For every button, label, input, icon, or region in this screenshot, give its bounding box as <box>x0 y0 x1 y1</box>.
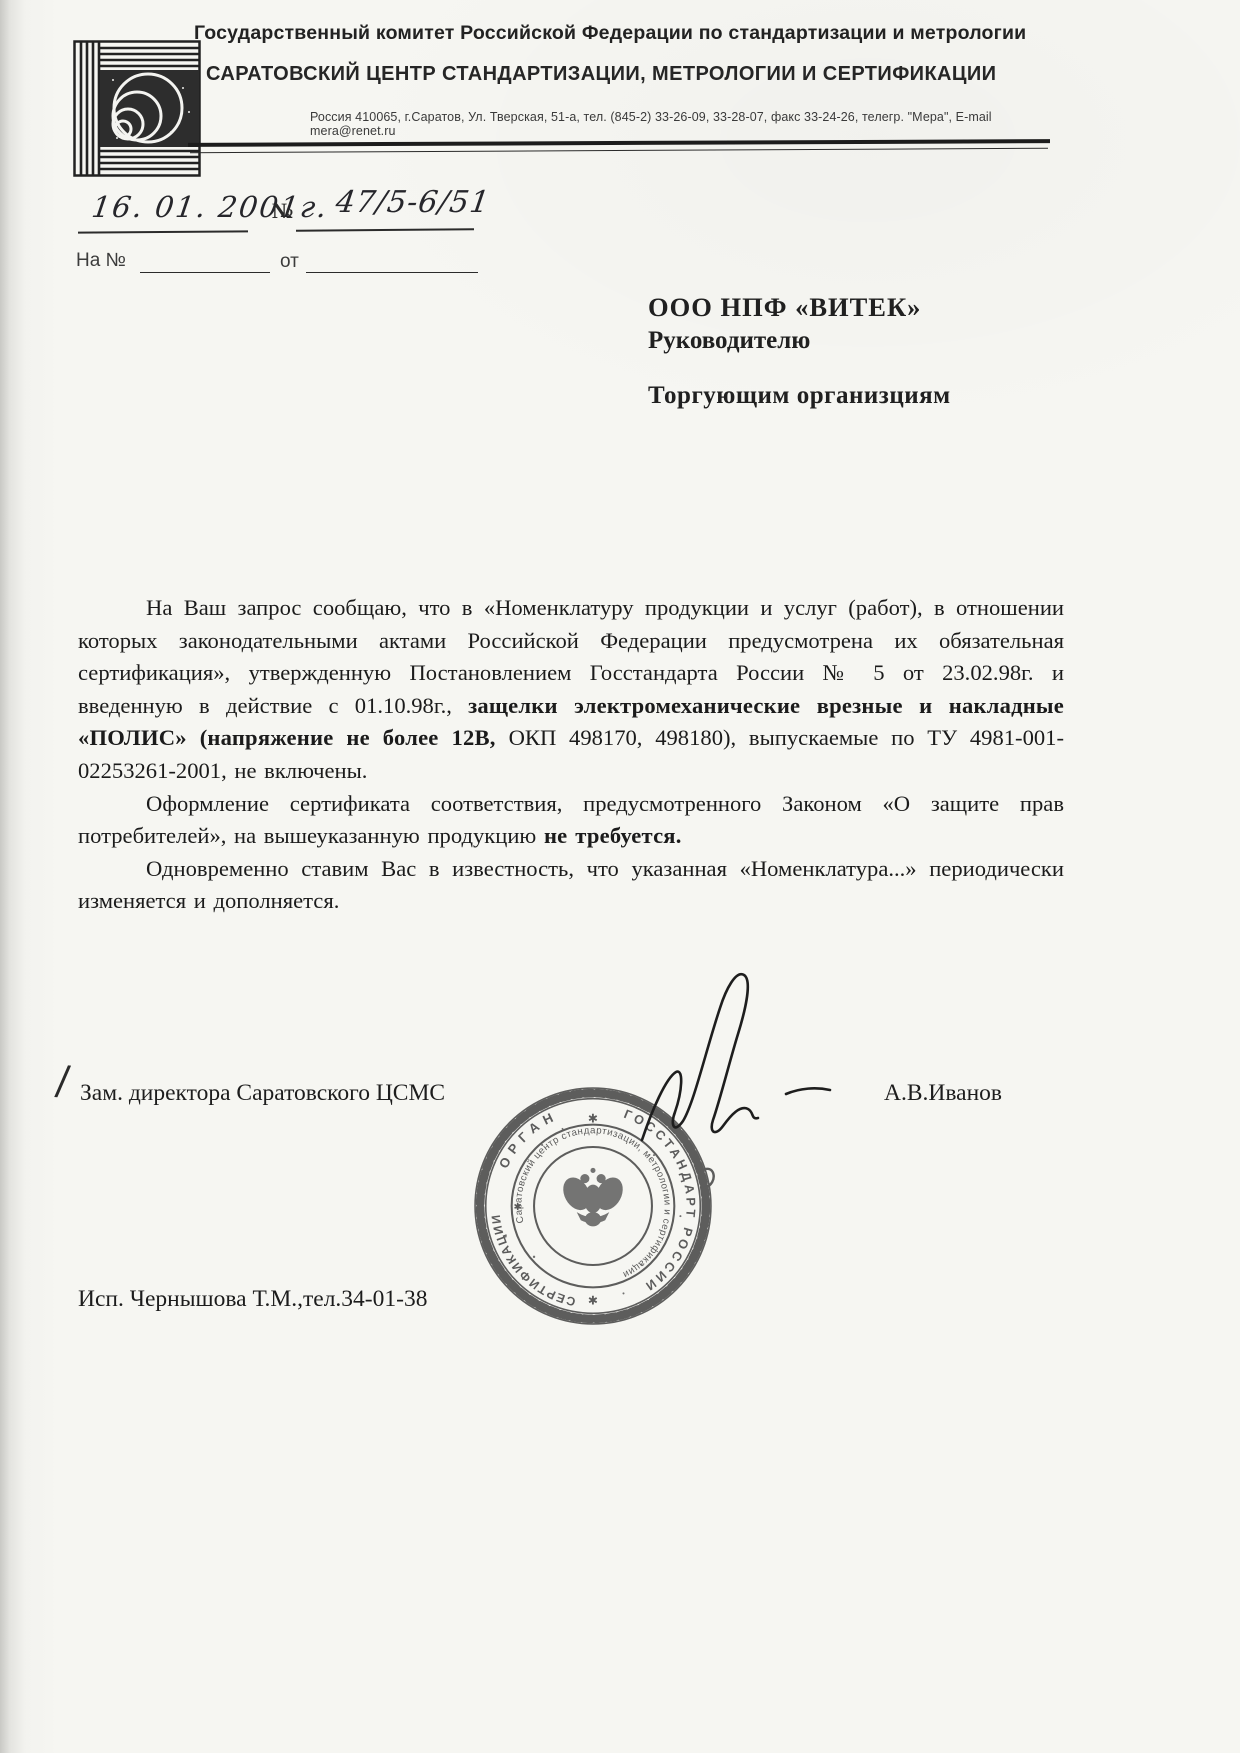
letterhead-rule-thick <box>188 139 1050 147</box>
reply-number-blank-line <box>140 272 270 273</box>
pen-check-mark: / <box>54 1057 72 1104</box>
number-underline <box>296 228 474 232</box>
date-underline <box>78 230 248 233</box>
recipient-company: ООО НПФ «ВИТЕК» <box>648 292 1108 323</box>
standards-emblem-logo-icon <box>73 40 201 177</box>
recipient-additional: Торгующим организциям <box>648 382 1108 410</box>
scanned-letter-page: Государственный комитет Российской Федер… <box>0 0 1240 1753</box>
organization-name: САРАТОВСКИЙ ЦЕНТР СТАНДАРТИЗАЦИИ, МЕТРОЛ… <box>206 63 1106 86</box>
recipient-attention: Руководителю <box>648 327 1108 355</box>
executor-contact-line: Исп. Чернышова Т.М.,тел.34-01-38 <box>78 1286 427 1313</box>
letter-body: На Ваш запрос сообщаю, что в «Номенклату… <box>78 592 1064 918</box>
stamp-star-left-icon: ✱ <box>514 1202 523 1213</box>
handwritten-outgoing-number: 47/5-6/51 <box>334 185 493 220</box>
recipient-block: ООО НПФ «ВИТЕК» Руководителю Торгующим о… <box>648 292 1108 410</box>
signer-name: А.В.Иванов <box>884 1080 1002 1107</box>
address-contacts-line: Россия 410065, г.Саратов, Ул. Тверская, … <box>310 110 1070 138</box>
reply-from-label: от <box>280 251 299 273</box>
reply-to-number-label: На № <box>76 250 126 272</box>
paragraph-1: На Ваш запрос сообщаю, что в «Номенклату… <box>78 592 1064 788</box>
reply-date-blank-line <box>306 272 478 273</box>
handwritten-signature-icon <box>628 958 868 1173</box>
signer-title: Зам. директора Саратовского ЦСМС <box>80 1080 445 1107</box>
paragraph-2: Оформление сертификата соответствия, пре… <box>78 788 1064 853</box>
letterhead-rule-thin <box>190 148 1048 153</box>
paragraph-3: Одновременно ставим Вас в известность, ч… <box>78 853 1064 918</box>
stamp-eagle-icon <box>558 1168 628 1226</box>
handwritten-date: 16. 01. 2001г. <box>90 190 331 224</box>
number-sign-label: № <box>272 198 294 224</box>
committee-name: Государственный комитет Российской Федер… <box>194 22 1074 45</box>
p2-bold-not-required: не требуется. <box>544 823 682 848</box>
stamp-star-top-icon: ✱ <box>588 1112 598 1126</box>
stamp-star-bottom-icon: ✱ <box>588 1294 598 1308</box>
